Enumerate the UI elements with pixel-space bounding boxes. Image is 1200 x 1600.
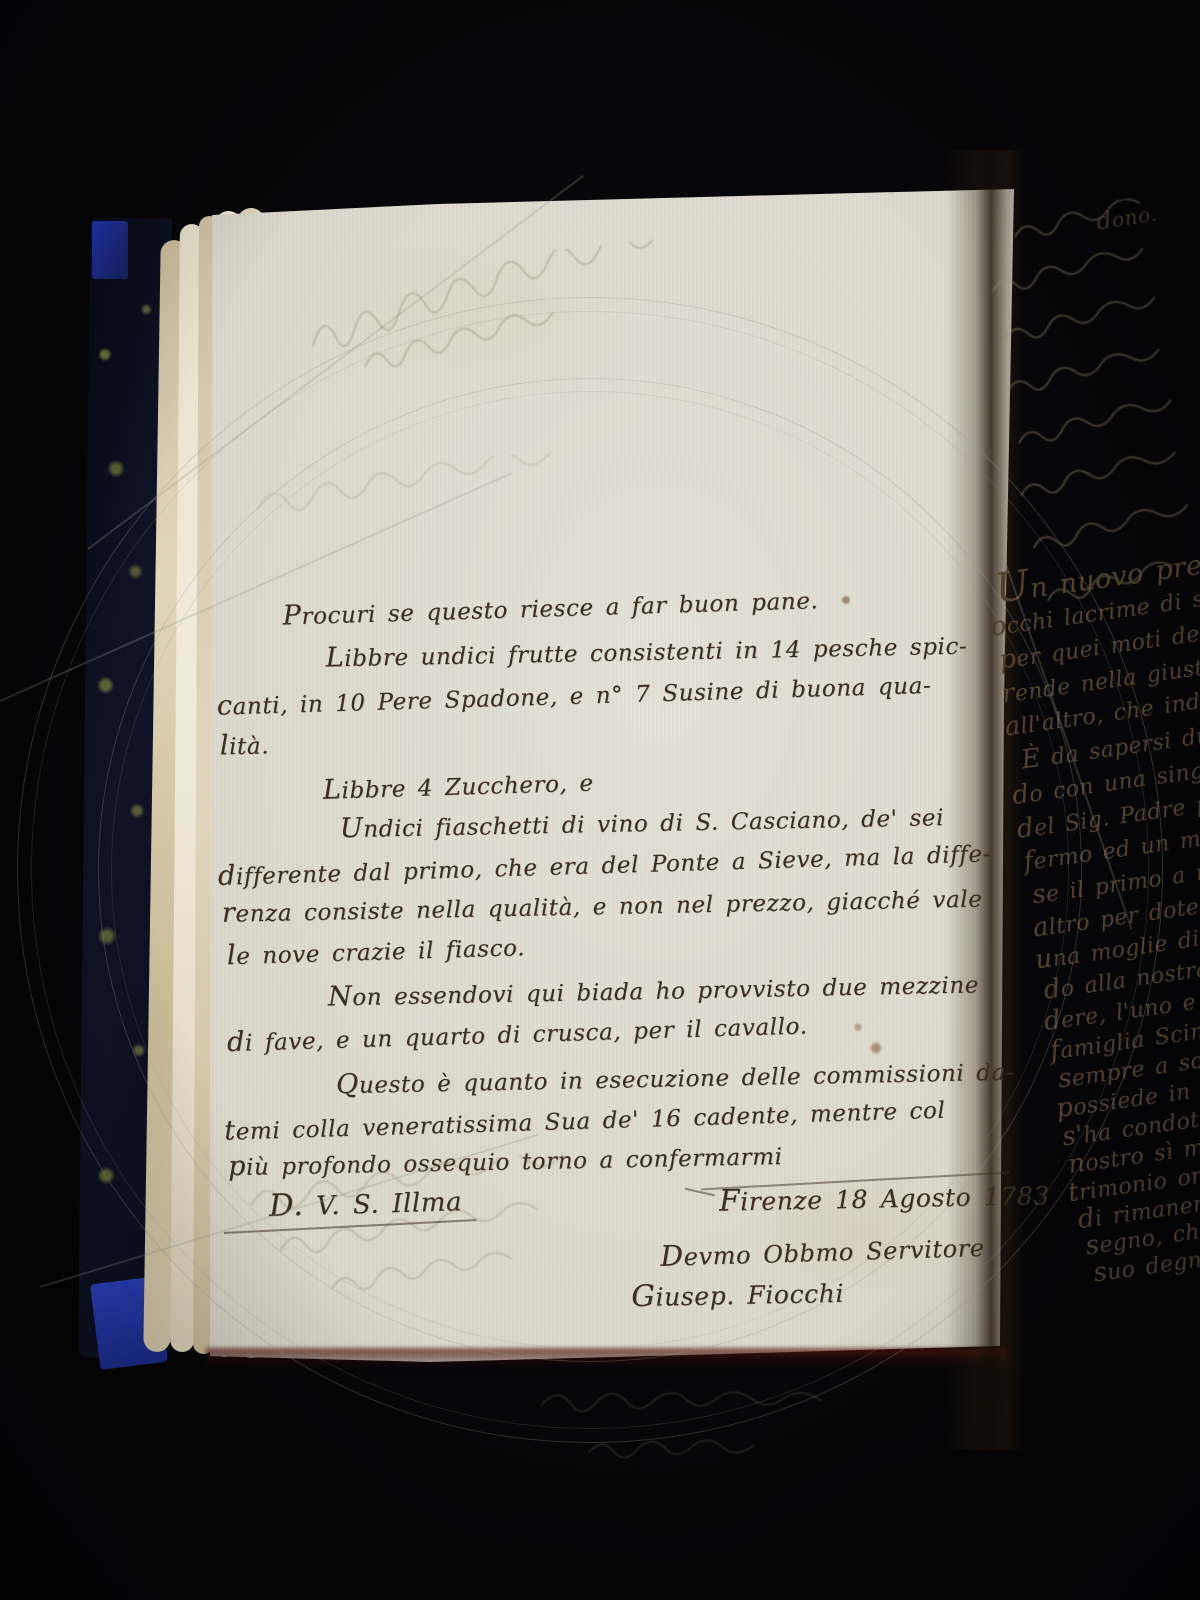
letter-line: Non essendovi qui biada ho provvisto due… [328,970,980,1010]
bleedthrough-ink-bottom-dark [527,1364,934,1502]
cover-blue-corner-top [92,221,128,279]
letter-line: Questo è quanto in esecuzione delle comm… [336,1058,1015,1099]
letter-line: le nove crazie il fiasco. [226,933,525,969]
letter-line: Procuri se questo riesce a far buon pane… [282,586,819,629]
letter-body: Procuri se questo riesce a far buon pane… [206,565,1014,1344]
letter-line: Libbre 4 Zucchero, e [322,769,593,804]
letter-line: di fave, e un quarto di crusca, per il c… [227,1011,808,1056]
signature-title: Devmo Obbmo Servitore [660,1233,985,1271]
letter-line: lità. [220,731,270,759]
letter-line: canti, in 10 Pere Spadone, e n° 7 Susine… [216,671,931,720]
dateline: Firenze 18 Agosto 1783 [719,1180,1050,1216]
letter-line: Undici fiaschetti di vino di S. Casciano… [340,803,945,842]
letter-line: più profondo ossequio torno a confermarm… [228,1142,783,1180]
signature-name: Giusep. Fiocchi [631,1278,844,1312]
letter-line: Libbre undici frutte consistenti in 14 p… [325,632,967,672]
letter-line: renza consiste nella qualità, e non nel … [222,885,983,927]
valediction: D. V. S. Illma [269,1186,463,1223]
manuscript-photo-scene: Procuri se questo riesce a far buon pane… [0,0,1200,1600]
letter-line: differente dal primo, che era del Ponte … [218,839,992,890]
page-bottom-shadow [206,1348,1006,1370]
letter-line: temi colla veneratissima Sua de' 16 cade… [224,1096,946,1145]
